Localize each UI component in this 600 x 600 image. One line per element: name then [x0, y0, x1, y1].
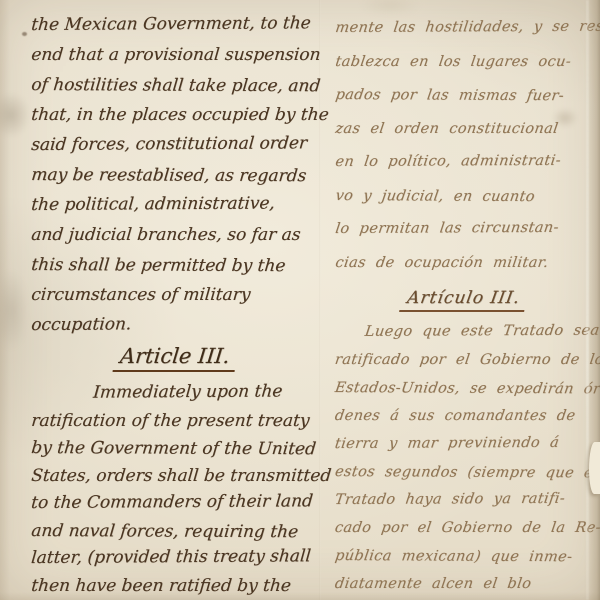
manuscript-line: en lo político, administrati- [333, 145, 598, 180]
spanish-paragraph: mente las hostilidades, y se res- tablez… [333, 12, 593, 280]
article-heading-english-text: Article III. [113, 344, 237, 372]
manuscript-line: Luego que este Tratado sea [333, 317, 597, 346]
manuscript-line: to the Commanders of their land [30, 488, 322, 517]
manuscript-line: States, orders shall be transmitted [30, 463, 322, 491]
manuscript-line: end that a provisional suspension [30, 40, 323, 70]
manuscript-line: pública mexicana) que inme- [333, 542, 597, 571]
manuscript-line: mente las hostilidades, y se res- [333, 11, 598, 46]
page-left-edge-shading [0, 0, 10, 600]
manuscript-line: and judicial branches, so far as [30, 220, 323, 250]
manuscript-line: tierra y mar previniendo á [333, 429, 597, 458]
english-column: the Mexican Government, to the end that … [30, 10, 320, 600]
manuscript-line: that, in the places occupied by the [30, 100, 323, 130]
page-right-edge [584, 0, 600, 600]
article-heading-spanish-text: Artículo III. [399, 288, 528, 312]
manuscript-line: denes á sus comandantes de [333, 402, 597, 430]
page-bottom-edge-shading [0, 592, 600, 600]
article-heading-english: Article III. [30, 344, 320, 372]
manuscript-line: the political, administrative, [30, 188, 323, 220]
manuscript-line: by the Government of the United [30, 435, 322, 464]
english-paragraph: the Mexican Government, to the end that … [30, 10, 320, 340]
english-paragraph: Immediately upon the ratification of the… [30, 380, 320, 600]
manuscript-line: estos segundos (siempre que el [333, 458, 597, 487]
spanish-paragraph: Luego que este Tratado sea ratificado po… [333, 318, 593, 598]
manuscript-line: may be reestablised, as regards [30, 160, 323, 191]
manuscript-line: Tratado haya sido ya ratifi- [333, 485, 597, 514]
manuscript-line: of hostilities shall take place, and [30, 70, 323, 101]
manuscript-line: and naval forces, requiring the [30, 518, 322, 547]
manuscript-page: the Mexican Government, to the end that … [0, 0, 600, 600]
manuscript-line: occupation. [30, 308, 323, 340]
manuscript-line: cado por el Gobierno de la Re- [333, 514, 597, 542]
ink-speck [22, 32, 27, 36]
manuscript-line: pados por las mismas fuer- [333, 79, 598, 114]
manuscript-line: latter, (provided this treaty shall [30, 543, 322, 572]
manuscript-line: circumstances of military [30, 280, 323, 310]
manuscript-line: Immediately upon the [30, 378, 322, 407]
manuscript-line: tablezca en los lugares ocu- [333, 46, 598, 80]
manuscript-line: cias de ocupación militar. [333, 247, 598, 281]
manuscript-line: lo permitan las circunstan- [333, 212, 598, 247]
manuscript-line: zas el orden constitucional [333, 113, 598, 147]
torn-paper-notch [589, 442, 600, 494]
manuscript-line: vo y judicial, en cuanto [333, 180, 598, 215]
manuscript-line: this shall be permitted by the [30, 250, 323, 281]
manuscript-line: said forces, constitutional order [30, 128, 323, 160]
manuscript-line: ratification of the present treaty [30, 408, 322, 436]
manuscript-line: the Mexican Government, to the [30, 8, 323, 40]
manuscript-line: ratificado por el Gobierno de los [333, 346, 597, 374]
article-heading-spanish: Artículo III. [333, 288, 593, 312]
spanish-column: mente las hostilidades, y se res- tablez… [333, 12, 593, 598]
manuscript-line: Estados-Unidos, se expedirán ór- [333, 374, 597, 403]
